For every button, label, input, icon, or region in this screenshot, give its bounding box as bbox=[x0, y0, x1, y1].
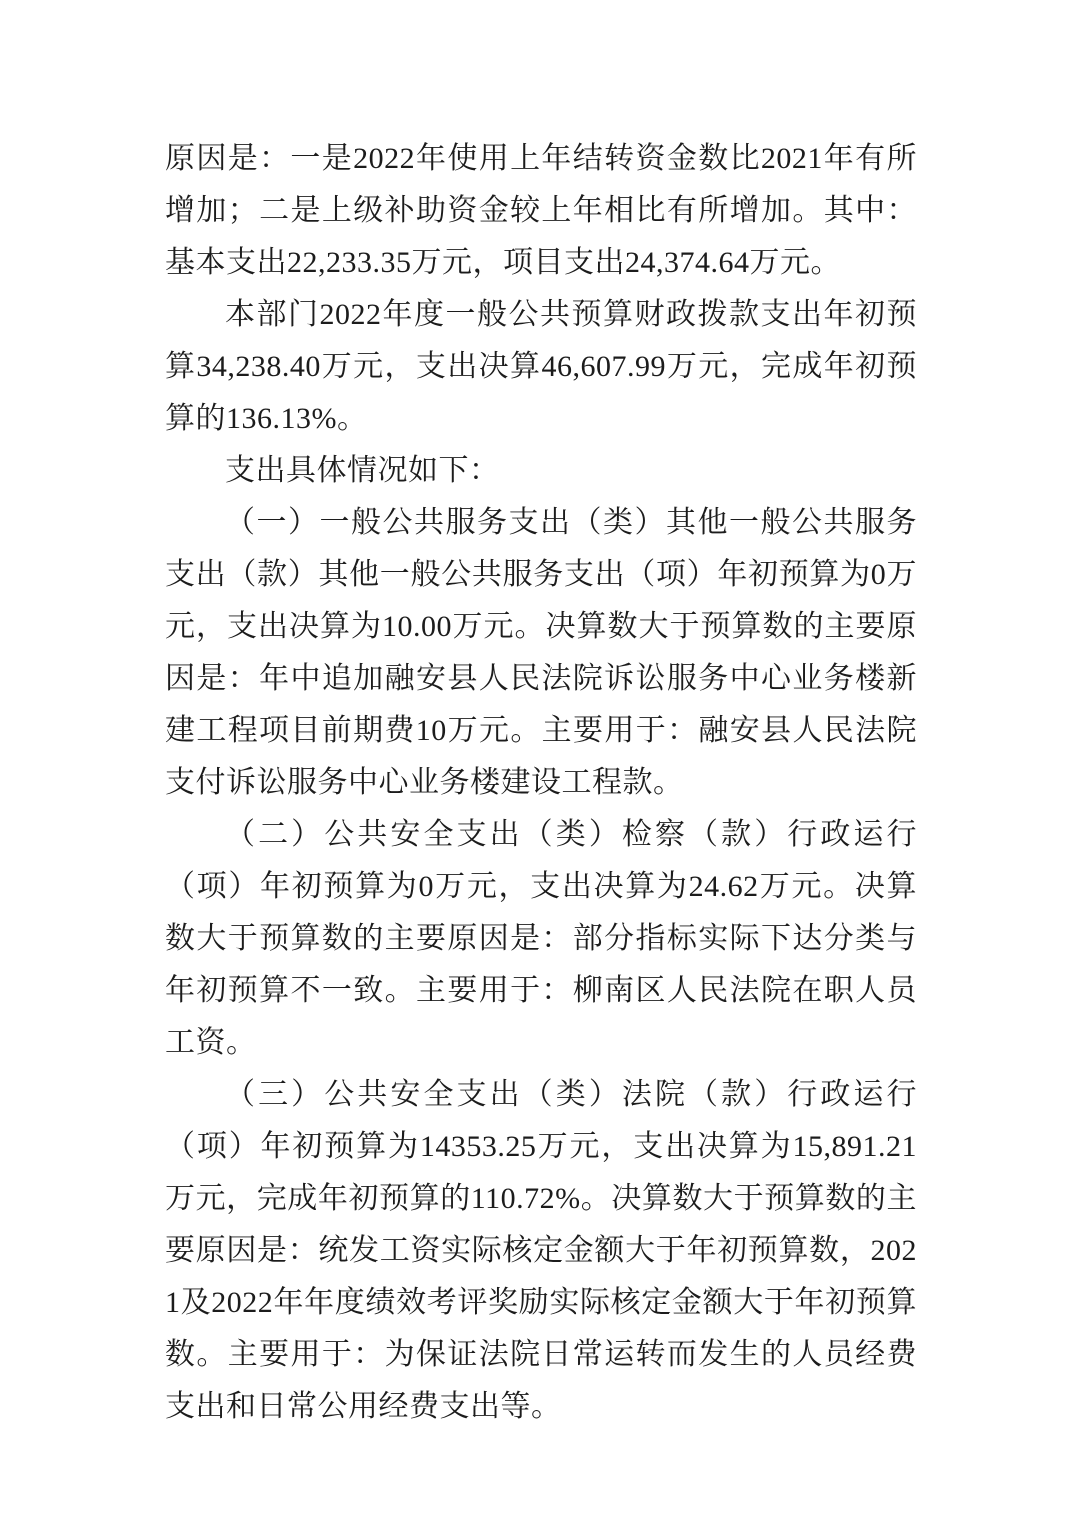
paragraph-5: （二）公共安全支出（类）检察（款）行政运行（项）年初预算为0万元，支出决算为24… bbox=[165, 809, 917, 1069]
paragraph-2: 本部门2022年度一般公共预算财政拨款支出年初预算34,238.40万元，支出决… bbox=[165, 289, 917, 445]
paragraph-6: （三）公共安全支出（类）法院（款）行政运行（项）年初预算为14353.25万元，… bbox=[165, 1069, 917, 1433]
paragraph-1: 原因是：一是2022年使用上年结转资金数比2021年有所增加；二是上级补助资金较… bbox=[165, 133, 917, 289]
document-body: 原因是：一是2022年使用上年结转资金数比2021年有所增加；二是上级补助资金较… bbox=[165, 133, 917, 1433]
paragraph-4: （一）一般公共服务支出（类）其他一般公共服务支出（款）其他一般公共服务支出（项）… bbox=[165, 497, 917, 809]
document-page: 原因是：一是2022年使用上年结转资金数比2021年有所增加；二是上级补助资金较… bbox=[0, 0, 1075, 1520]
paragraph-3: 支出具体情况如下： bbox=[165, 445, 917, 497]
